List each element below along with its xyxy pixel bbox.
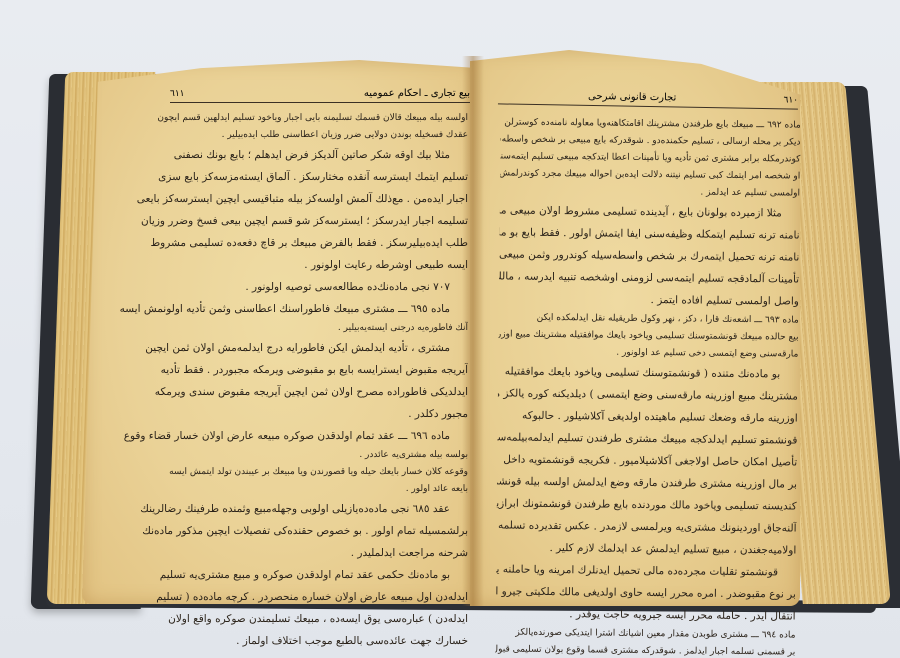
text-line: بو ماده‌نك متنده ( قونشمتوسنك تسليمى ويا… [498,360,798,385]
text-line: تسليم ايتمك ايسترسه آنقده مختارسكز . آلم… [118,166,468,188]
text-line: بيع حالده مبيعك قونشمتوسنك تسليمى وياخود… [498,326,798,346]
text-line: ايسه طبيعى اوشرطه رعايت اولونور . [118,254,468,276]
text-line: تأمينات آلمادقجه تسليم ايتمه‌سى لزومنى ا… [499,265,799,290]
text-line: طلب ايده‌بيليرسكز . فقط بالفرض مبيعك بر … [118,232,468,254]
text-line: شرحنه مراجعت ايدلمليدر . [118,542,468,564]
right-page-number: ٦١٠ [783,95,798,105]
text-line: قونشمتو تسليم ايدلدكجه مبيعك مشترى طرفند… [497,426,797,451]
text-line: آنك فاطوره‌يه درجنى ايسته‌يه‌بيلير . [118,320,468,337]
text-line: انتقال ايدر . حامله محرر ايسه جيرويه حاج… [496,602,796,627]
text-line: بو ماده‌نك حكمى عقد تمام اولدقدن صوكره و… [118,564,468,586]
text-line: بر مال اوزرينه مشترى طرفندن مارقه وضع اي… [497,470,797,495]
book-photo: ٦١١ بیع تجاری ـ احکام عمومیه تجارت قانون… [0,0,900,658]
text-line: تأصيل امكان حاصل اولاجغى آكلاشيلاميور . … [497,448,797,473]
text-line: مثلا بيك اوقه شكر صاتين آلديكز فرض ايدهل… [118,144,468,166]
text-line: ايدلديكى فاطوراده مصرح اولان ثمن ايچين آ… [118,381,468,403]
text-line: اولاميه‌جغندن ، مبيع تسليم ايدلمش عد ايد… [496,536,796,561]
text-line: بر قسمنى تسلمه اجبار ايدلمز . شوقدركه مش… [495,641,795,658]
right-page-text: ماده ٦٩٢ ـــ مبيعك بايع طرفندن مشترينك ا… [495,114,801,658]
text-line: بر نوع مقبوضدر . امره محرر ايسه حاوى اول… [496,580,796,605]
text-line: واصل اولمسى تسليم افاده ايتمز . [499,287,799,312]
text-line: ايدله‌دن اول مبيعه عارض اولان خساره منحص… [118,586,468,608]
text-line: عقد ٦٨٥ نجى ماده‌ده‌يازيلى اولوبى وجهله‌… [118,498,468,520]
text-line: تسليمه اجبار ايدرسكز ؛ ايسترسه‌كز شو قسم… [118,210,468,232]
text-line: عقدك فسخيله بوندن دولايى ضرر وزيان اعطاس… [118,127,468,144]
text-line: بايعه عائد اولور . [118,481,468,498]
left-page-number: ٦١١ [170,89,185,99]
text-line: مثلا ازميرده بولونان بايع ، آيدينده تسلي… [500,199,800,224]
text-line: ايدله‌دن ) عباره‌سى يوق ايسه‌ده ، مبيعك … [118,608,468,630]
left-running-head: بیع تجاری ـ احکام عمومیه [364,88,470,99]
text-line: خسارك جهت عائده‌سى بالطبع موجب اختلاف او… [118,630,468,652]
left-page-header: ٦١١ بیع تجاری ـ احکام عمومیه [170,88,470,109]
left-page-text: اولسه بیله مبیعك قالان قسمك تسلیمنه بایی… [118,110,468,652]
text-line: آيريجه مقبوض ايسترايسه بايع بو مقبوضى وي… [118,359,468,381]
text-line: وقوعه كلان خسار بايعك حيله ويا قصورندن و… [118,464,468,481]
text-line: ٧٠٧ نجى ماده‌نك‌ده مطالعه‌سى توصيه اولون… [118,276,468,298]
text-line: اولسه بیله مبیعك قالان قسمك تسلیمنه بایی… [118,110,468,127]
text-line: آلنه‌جاق اوردينونك مشترى‌يه ويرلمسى لازم… [496,514,796,539]
text-line: برلشمسيله تمام اولور . بو خصوص حقنده‌كى … [118,520,468,542]
right-running-head: تجارت قانونى شرحى [588,91,676,104]
text-line: اجبار ايده‌من . مع‌ذلك آلمش اولسه‌كز بيل… [118,188,468,210]
text-line: بولسه بيله مشترى‌يه عائددر . [118,447,468,464]
text-line: ماده ٦٩٦ ـــ عقد تمام اولدقدن صوكره مبيع… [118,425,468,447]
text-line: مشترى ، تأديه ايدلمش ايكن فاطورايه درج ا… [118,337,468,359]
text-line: كنديسنه تسليمى وياخود مالك موردنده بايع … [497,492,797,517]
text-line: نامنه ترنه تسليم ايتمكله وظيفه‌سنى ايفا … [500,221,800,246]
text-line: مجبور دكلدر . [118,403,468,425]
text-line: اوزرينه مارقه وضعك تسليم ماهيتده اولديغى… [498,404,798,429]
text-line: قونشمتو تقليات مجرده‌ده مالى تحميل ايدنل… [496,558,796,583]
text-line: او شخصه امر ايتمك كبى تسليم نيتنه دلالت … [500,165,800,185]
text-line: نامنه ترنه تحميل ايتمه‌رك بر شخص واسطه‌س… [499,243,799,268]
text-line: ماده ٦٩٥ ـــ مشترى مبيعك فاطوراسنك اعطاس… [118,298,468,320]
text-line: مشترينك مبيع اوزرينه مارقه‌سنى وضع ايتمس… [498,382,798,407]
